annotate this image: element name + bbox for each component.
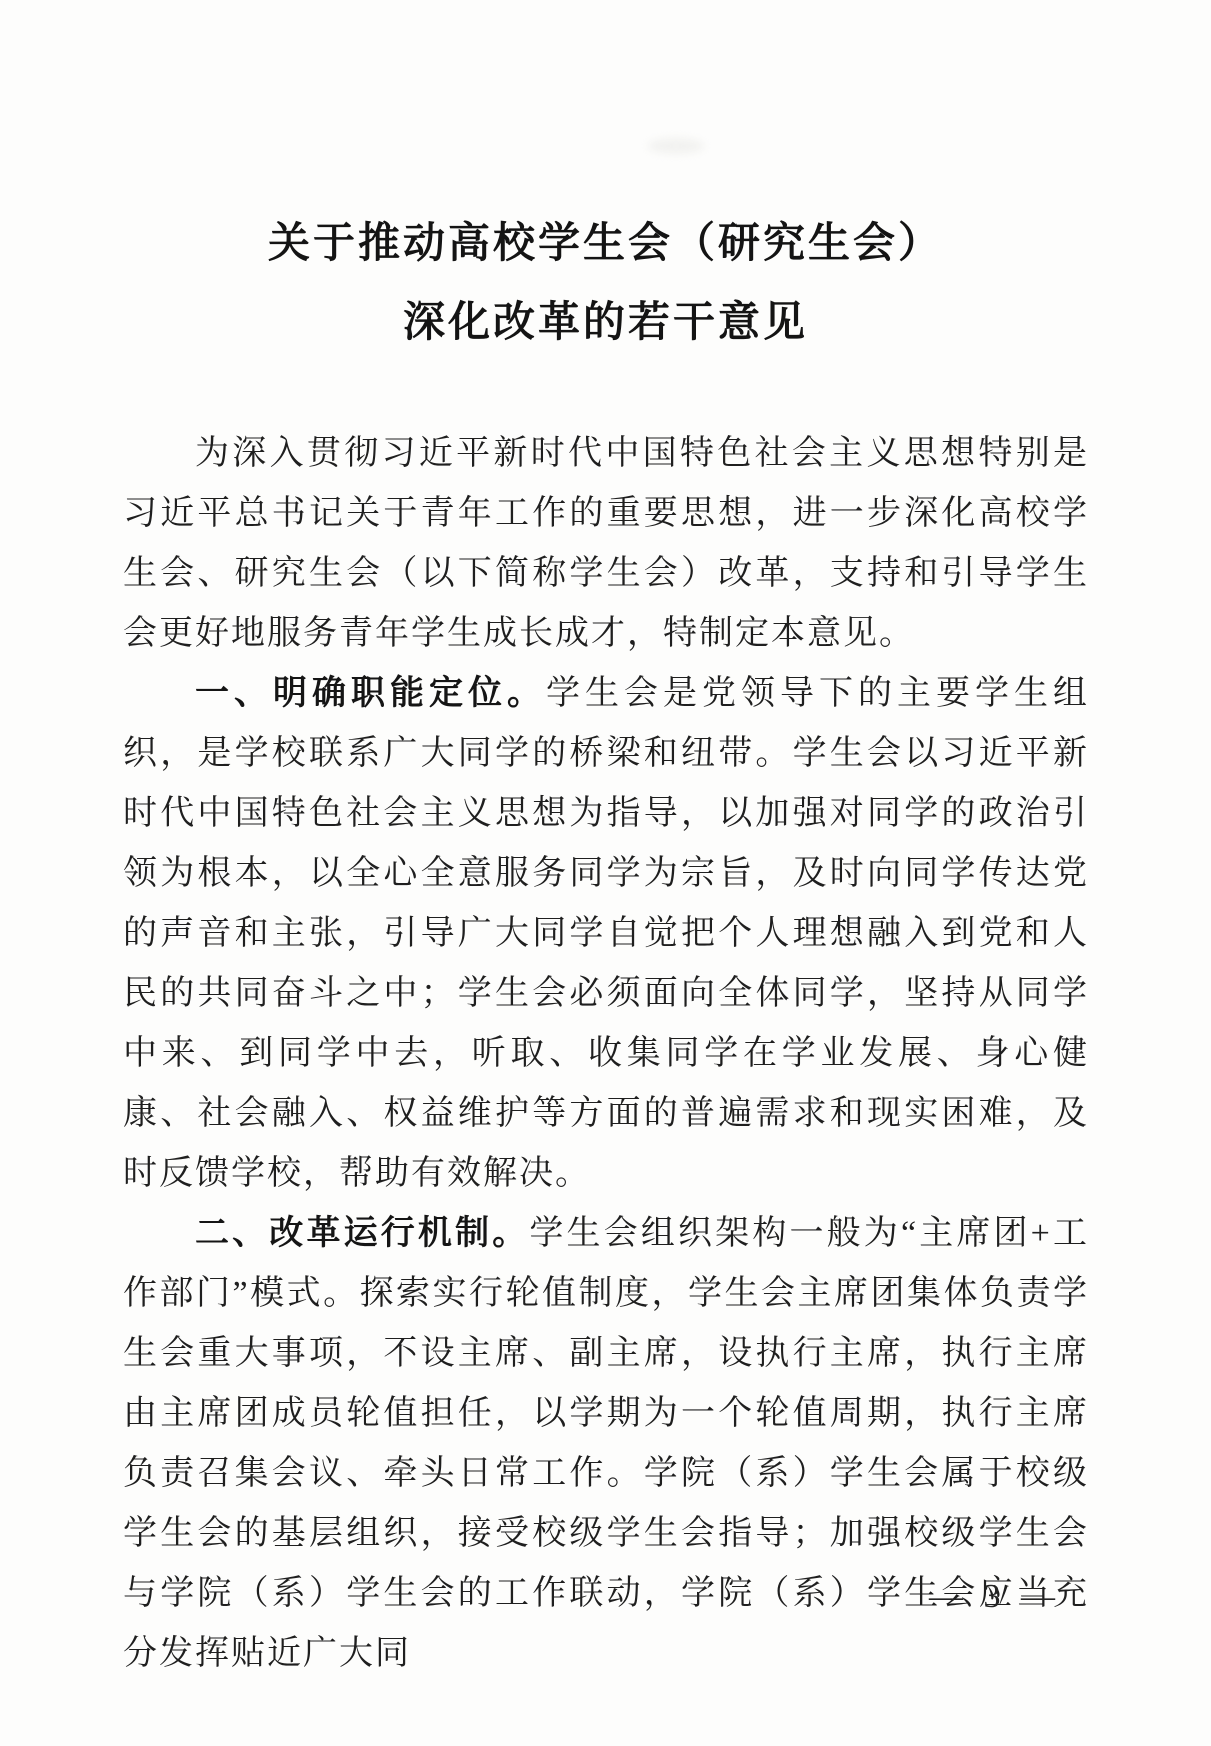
document-title-line1: 关于推动高校学生会（研究生会） bbox=[0, 205, 1211, 284]
section-1-text: 学生会是党领导下的主要学生组织，是学校联系广大同学的桥梁和纽带。学生会以习近平新… bbox=[123, 675, 1089, 1192]
scan-artifact bbox=[648, 138, 704, 154]
section-1-heading: 一、明确职能定位。 bbox=[195, 675, 546, 712]
page-number: — 3 — bbox=[929, 1578, 1061, 1616]
intro-paragraph: 为深入贯彻习近平新时代中国特色社会主义思想特别是习近平总书记关于青年工作的重要思… bbox=[123, 424, 1089, 664]
section-1-paragraph: 一、明确职能定位。学生会是党领导下的主要学生组织，是学校联系广大同学的桥梁和纽带… bbox=[123, 664, 1089, 1204]
document-title-line2: 深化改革的若干意见 bbox=[0, 284, 1211, 363]
section-2-heading: 二、改革运行机制。 bbox=[195, 1215, 529, 1252]
document-page: 关于推动高校学生会（研究生会） 深化改革的若干意见 为深入贯彻习近平新时代中国特… bbox=[0, 0, 1211, 1746]
document-title: 关于推动高校学生会（研究生会） 深化改革的若干意见 bbox=[0, 205, 1211, 363]
document-body: 为深入贯彻习近平新时代中国特色社会主义思想特别是习近平总书记关于青年工作的重要思… bbox=[123, 424, 1089, 1684]
intro-paragraph-text: 为深入贯彻习近平新时代中国特色社会主义思想特别是习近平总书记关于青年工作的重要思… bbox=[123, 435, 1089, 652]
